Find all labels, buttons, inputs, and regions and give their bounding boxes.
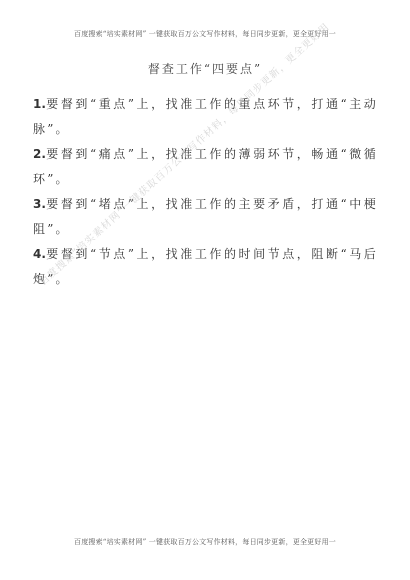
list-item: 4.要督到“节点”上，找准工作的时间节点，阻断“马后炮”。 <box>33 242 378 292</box>
item-number: 4. <box>33 247 46 261</box>
item-number: 2. <box>33 147 46 161</box>
item-list: 1.要督到“重点”上，找准工作的重点环节，打通“主动脉”。 2.要督到“痛点”上… <box>33 92 378 292</box>
item-text: 要督到“节点”上，找准工作的时间节点，阻断“马后炮”。 <box>33 247 378 286</box>
item-number: 1. <box>33 97 46 111</box>
list-item: 1.要督到“重点”上，找准工作的重点环节，打通“主动脉”。 <box>33 92 378 142</box>
item-text: 要督到“堵点”上，找准工作的主要矛盾，打通“中梗阻”。 <box>33 197 378 236</box>
document-title: 督查工作“四要点” <box>0 60 410 77</box>
item-number: 3. <box>33 197 46 211</box>
item-text: 要督到“痛点”上，找准工作的薄弱环节，畅通“微循环”。 <box>33 147 378 186</box>
list-item: 3.要督到“堵点”上，找准工作的主要矛盾，打通“中梗阻”。 <box>33 192 378 242</box>
page-header: 百度搜索“培实素材网” 一键获取百万公文写作材料，每日同步更新，更全更好用一 <box>0 29 410 39</box>
page-footer: 百度搜索“培实素材网” 一键获取百万公文写作材料，每日同步更新，更全更好用一 <box>0 537 410 547</box>
list-item: 2.要督到“痛点”上，找准工作的薄弱环节，畅通“微循环”。 <box>33 142 378 192</box>
item-text: 要督到“重点”上，找准工作的重点环节，打通“主动脉”。 <box>33 97 378 136</box>
